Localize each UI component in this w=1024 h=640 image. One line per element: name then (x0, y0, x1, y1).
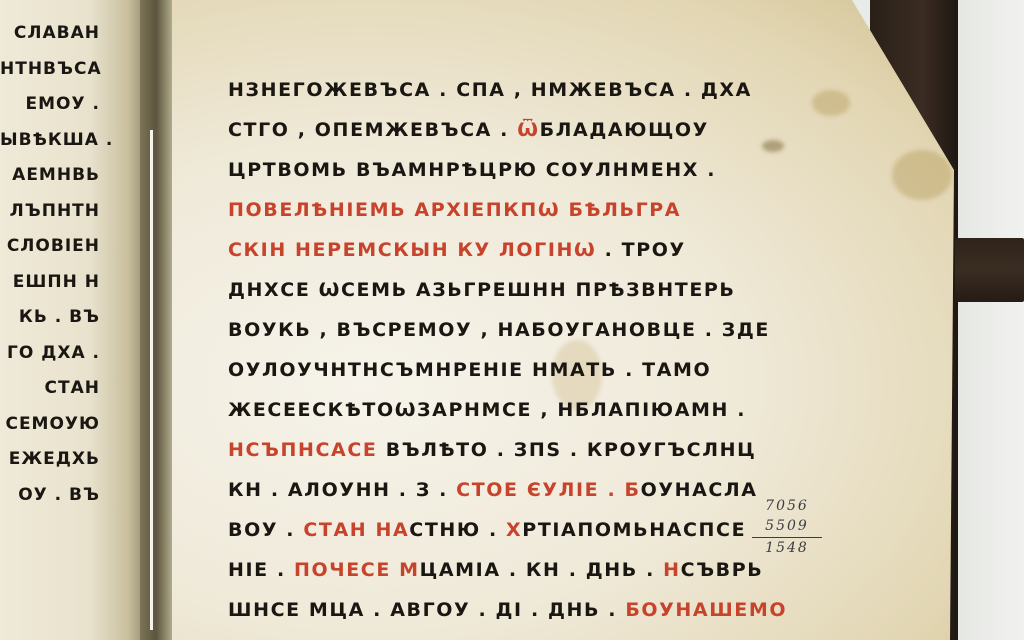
rubric-text: ПОВЕЛѢНІЕМЬ АРХІЕПКПѠ БѢЛЬГРА (228, 199, 681, 221)
manuscript-text-line: НЗНЕГОЖЕВЪСА . СПА , НМЖЕВЪСА . ДХА (228, 70, 728, 110)
ink-text: БЛАДАЮЩОУ (540, 119, 709, 141)
ink-text: ЦРТВОМЬ ВЪАМНРѢЦРЮ СОУЛНМЕНХ . (228, 159, 716, 181)
left-text-line: ОУ . ВЪ (0, 478, 150, 514)
rubric-text: НСЪПНСАСЕ (228, 439, 377, 461)
stain (892, 150, 952, 200)
left-text-line: АЕМНВЬ (0, 158, 150, 194)
left-text-line: СЛАВАН (0, 16, 150, 52)
left-text-line: ЕШПН Н (0, 265, 150, 301)
pencil-marginalia-calculation: 7056 5509 1548 (752, 496, 822, 558)
leather-clasp-strap (955, 238, 1024, 302)
ink-text: ЦАМІА . КН . ДНЬ . (420, 559, 664, 581)
rubric-text: Н (663, 559, 681, 581)
left-text-line: ЛЪПНТН (0, 194, 150, 230)
ink-text: НІЕ . (228, 559, 294, 581)
ink-text: ДНХСЕ ѠСЕМЬ АЗЬГРЕШНН ПРѢЗВНТЕРЬ (228, 279, 736, 301)
marginalia-line-1: 7056 (752, 496, 822, 516)
manuscript-text-line: НІЕ . ПОЧЕСЕ МЦАМІА . КН . ДНЬ . НСЪВРЬ (228, 550, 728, 590)
manuscript-text-line: ШНСЕ МЦА . АВГОУ . ДІ . ДНЬ . БОУНАШЕМО (228, 590, 728, 630)
left-text-line: СЛОВІЕН (0, 229, 150, 265)
rubric-text: БОУНАШЕМО (625, 599, 787, 621)
manuscript-text-line: ВОУКЬ , ВЪСРЕМОУ , НАБОУГАНОВЦЕ . ЗДЕ (228, 310, 728, 350)
ink-text: ОУНАСЛА (641, 479, 758, 501)
rubric-text: Ѿ (517, 119, 539, 141)
left-page-text: СЛАВАННТНВЪСАЕМОУ .ЫВѢКША .АЕМНВЬЛЪПНТНС… (0, 16, 150, 513)
manuscript-text-line: СКІН НЕРЕМСКЫН КУ ЛОГІНѠ . ТРОУ (228, 230, 728, 270)
manuscript-text-line: СТГО , ОПЕМЖЕВЪСА . ѾБЛАДАЮЩОУ (228, 110, 728, 150)
left-text-line: ЕЖЕДХЬ (0, 442, 150, 478)
rubric-text: СКІН НЕРЕМСКЫН КУ ЛОГІНѠ (228, 239, 596, 261)
manuscript-text-line: ОУЛОУЧНТНСЪМНРЕНІЕ НМАТЬ . ТАМО (228, 350, 728, 390)
ink-text: ЖЕСЕЕСКѢТОѠЗАРНМСЕ , НБЛАПІЮАМН . (228, 399, 746, 421)
marginalia-result: 1548 (752, 538, 822, 558)
rubric-text: СТАН НА (303, 519, 409, 541)
ink-text: . ТРОУ (596, 239, 685, 261)
manuscript-text-line: НСЪПНСАСЕ ВЪЛѢТО . ЗПЅ . КРОУГЪСЛНЦ (228, 430, 728, 470)
ink-text: ВОУ . (228, 519, 303, 541)
left-text-line: ЫВѢКША . (0, 123, 150, 159)
right-page-text: НЗНЕГОЖЕВЪСА . СПА , НМЖЕВЪСА . ДХАСТГО … (228, 70, 728, 630)
ink-text: СТНЮ . (409, 519, 506, 541)
manuscript-text-line: ЦРТВОМЬ ВЪАМНРѢЦРЮ СОУЛНМЕНХ . (228, 150, 728, 190)
ink-text: КН . АЛОУНН . З . (228, 479, 456, 501)
manuscript-text-line: КН . АЛОУНН . З . СТОЕ ЄУЛІЕ . БОУНАСЛА (228, 470, 728, 510)
ink-text: ВЪЛѢТО . ЗПЅ . КРОУГЪСЛНЦ (377, 439, 756, 461)
ink-text: СЪВРЬ (681, 559, 764, 581)
left-text-line: НТНВЪСА (0, 52, 150, 88)
ink-text: ОУЛОУЧНТНСЪМНРЕНІЕ НМАТЬ . ТАМО (228, 359, 711, 381)
manuscript-text-line: ЖЕСЕЕСКѢТОѠЗАРНМСЕ , НБЛАПІЮАМН . (228, 390, 728, 430)
background-surface (950, 0, 1024, 640)
stain (762, 140, 784, 152)
rubric-text: СТОЕ ЄУЛІЕ . Б (456, 479, 640, 501)
ink-text: НЗНЕГОЖЕВЪСА . СПА , НМЖЕВЪСА . ДХА (228, 79, 752, 101)
left-text-line: ГО ДХА . (0, 336, 150, 372)
left-text-line: СТАН (0, 371, 150, 407)
ink-text: СТГО , ОПЕМЖЕВЪСА . (228, 119, 517, 141)
rubric-text: ПОЧЕСЕ М (294, 559, 420, 581)
manuscript-text-line: ВОУ . СТАН НАСТНЮ . ХРТІАПОМЬНАСПСЕ (228, 510, 728, 550)
gutter-thread (150, 130, 153, 630)
left-text-line: СЕМОУЮ (0, 407, 150, 443)
manuscript-text-line: ПОВЕЛѢНІЕМЬ АРХІЕПКПѠ БѢЛЬГРА (228, 190, 728, 230)
left-text-line: ЕМОУ . (0, 87, 150, 123)
ink-text: РТІАПОМЬНАСПСЕ (522, 519, 746, 541)
left-text-line: КЬ . ВЪ (0, 300, 150, 336)
rubric-text: Х (506, 519, 522, 541)
ink-text: ШНСЕ МЦА . АВГОУ . ДІ . ДНЬ . (228, 599, 625, 621)
ink-text: ВОУКЬ , ВЪСРЕМОУ , НАБОУГАНОВЦЕ . ЗДЕ (228, 319, 770, 341)
stain (812, 90, 850, 116)
marginalia-line-2: 5509 (752, 516, 822, 536)
left-page: СЛАВАННТНВЪСАЕМОУ .ЫВѢКША .АЕМНВЬЛЪПНТНС… (0, 0, 150, 640)
manuscript-text-line: ДНХСЕ ѠСЕМЬ АЗЬГРЕШНН ПРѢЗВНТЕРЬ (228, 270, 728, 310)
